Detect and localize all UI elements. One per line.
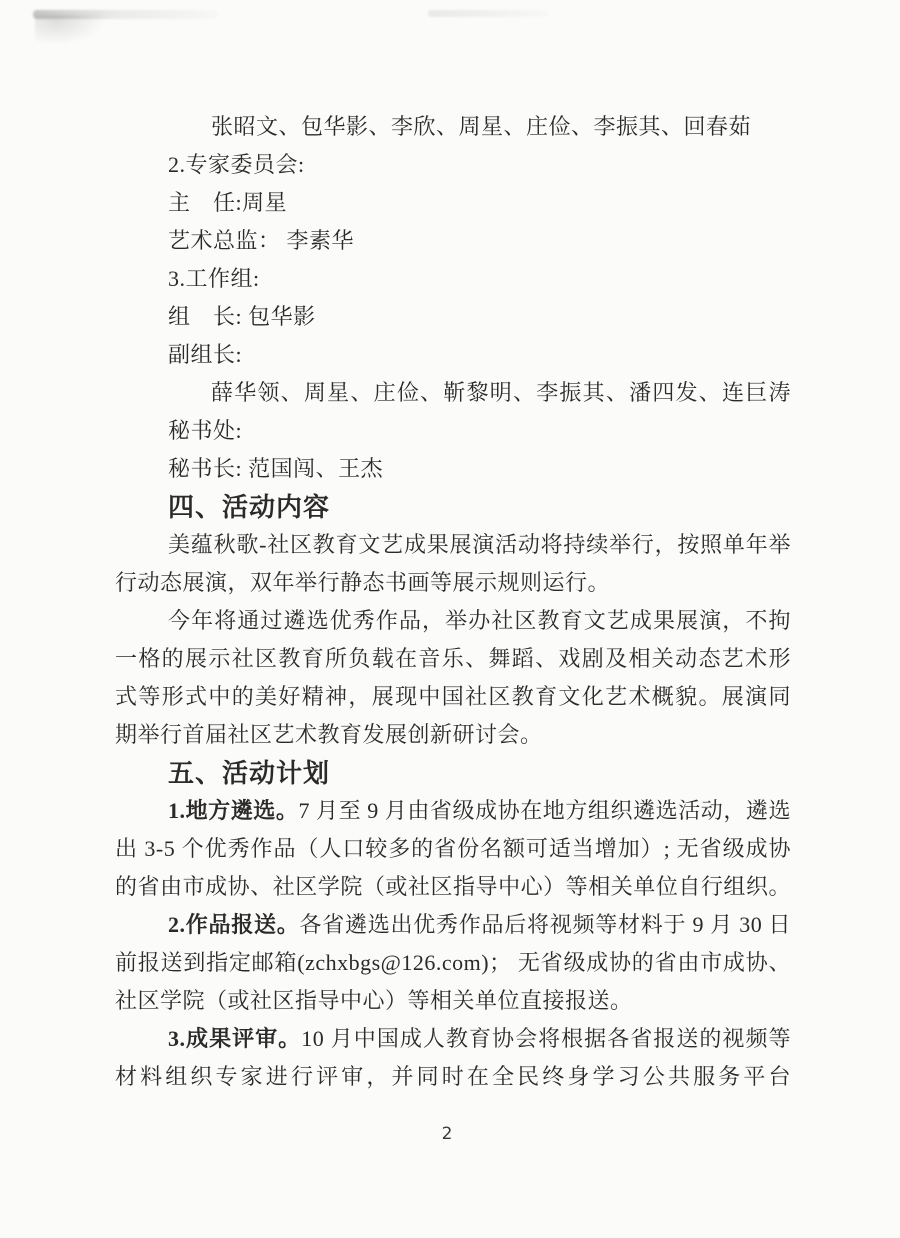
line-bold-prefix: 2.作品报送。 <box>168 912 300 937</box>
text-line: 美蕴秋歌-社区教育文艺成果展演活动将持续举行，按照单年举 <box>115 526 791 564</box>
text-line: 3.工作组: <box>115 260 791 298</box>
text-line: 主 任:周星 <box>115 184 791 222</box>
text-line: 艺术总监： 李素华 <box>115 222 791 260</box>
page-number: 2 <box>0 1124 894 1144</box>
section-heading: 五、活动计划 <box>115 754 791 792</box>
text-line: 2.作品报送。各省遴选出优秀作品后将视频等材料于 9 月 30 日 <box>115 906 791 944</box>
text-line: 薛华领、周星、庄俭、靳黎明、李振其、潘四发、连巨涛 <box>115 374 791 412</box>
section-heading: 四、活动内容 <box>115 488 791 526</box>
text-line: 1.地方遴选。7 月至 9 月由省级成协在地方组织遴选活动，遴选 <box>115 792 791 830</box>
document-body: 张昭文、包华影、李欣、周星、庄俭、李振其、回春茹2.专家委员会:主 任:周星艺术… <box>115 108 791 1096</box>
text-line: 材料组织专家进行评审，并同时在全民终身学习公共服务平台 <box>115 1058 791 1096</box>
text-line: 副组长: <box>115 336 791 374</box>
text-line: 今年将通过遴选优秀作品，举办社区教育文艺成果展演，不拘 <box>115 602 791 640</box>
text-line: 3.成果评审。10 月中国成人教育协会将根据各省报送的视频等 <box>115 1020 791 1058</box>
text-line: 秘书处: <box>115 412 791 450</box>
scanned-document-page: 张昭文、包华影、李欣、周星、庄俭、李振其、回春茹2.专家委员会:主 任:周星艺术… <box>0 0 900 1238</box>
text-line: 式等形式中的美好精神，展现中国社区教育文化艺术概貌。展演同 <box>115 678 791 716</box>
text-line: 出 3-5 个优秀作品（人口较多的省份名额可适当增加）; 无省级成协 <box>115 830 791 868</box>
text-line: 的省由市成协、社区学院（或社区指导中心）等相关单位自行组织。 <box>115 868 791 906</box>
text-line: 2.专家委员会: <box>115 146 791 184</box>
line-bold-prefix: 3.成果评审。 <box>168 1026 301 1051</box>
text-line: 行动态展演，双年举行静态书画等展示规则运行。 <box>115 564 791 602</box>
text-line: 前报送到指定邮箱(zchxbgs@126.com)； 无省级成协的省由市成协、 <box>115 944 791 982</box>
line-bold-prefix: 1.地方遴选。 <box>168 798 298 823</box>
text-line: 张昭文、包华影、李欣、周星、庄俭、李振其、回春茹 <box>115 108 791 146</box>
text-line: 组 长: 包华影 <box>115 298 791 336</box>
scan-smudge <box>428 10 548 17</box>
scan-smudge <box>35 15 105 45</box>
text-line: 社区学院（或社区指导中心）等相关单位直接报送。 <box>115 982 791 1020</box>
text-line: 期举行首届社区艺术教育发展创新研讨会。 <box>115 716 791 754</box>
text-line: 秘书长: 范国闯、王杰 <box>115 450 791 488</box>
text-line: 一格的展示社区教育所负载在音乐、舞蹈、戏剧及相关动态艺术形 <box>115 640 791 678</box>
